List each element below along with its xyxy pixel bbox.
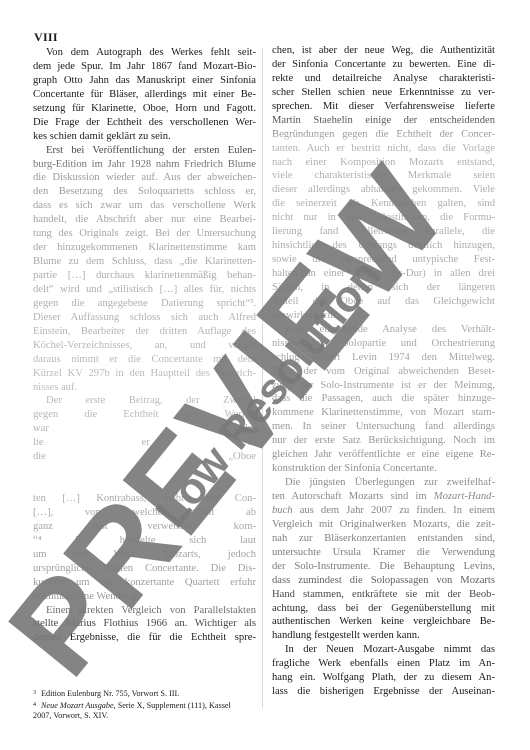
text-line: handelt, die Abschrift aber nur eine Bea… [33, 213, 256, 227]
text-line: nochmals eine Wendung. [33, 590, 256, 604]
text-line: graph Otto Jahn das Manuskript einer Sin… [33, 74, 256, 88]
footnotes: 3Edition Eulenburg Nr. 755, Vorwort S. I… [33, 688, 256, 722]
text-line: Einstein, Bearbeiter der dritten Auflage… [33, 325, 256, 339]
left-column: Von dem Autograph des Werkes fehlt seit-… [33, 46, 256, 645]
column-divider [262, 48, 263, 708]
text-line: nisses auf. [33, 381, 256, 395]
text-line: Die jüngsten Überlegungen zur zweifelhaf… [272, 476, 495, 490]
text-line: kommene Klarinettenstimme, von Mozart st… [272, 406, 495, 420]
text-line: Köchel-Verzeichnisses, an, und versah [33, 339, 256, 353]
footnote-marker: 4 [33, 702, 36, 708]
text-line: buch aus dem Jahr 2007 zu finden. In ein… [272, 504, 495, 518]
text-line: kes schien damit geklärt zu sein. [33, 130, 256, 144]
text-line [33, 464, 256, 478]
text-line: In der Neuen Mozart-Ausgabe nimmt das [272, 643, 495, 657]
text-line: Einen direkten Vergleich von Parallelsta… [33, 604, 256, 618]
text-line: dessen Ergebnisse, die für die Echtheit … [33, 631, 256, 645]
text-line: halten an einer Tonart (Es-Dur) in allen… [272, 267, 495, 281]
text-line: um ein Werk Mozarts, jedoch [33, 548, 256, 562]
text-line: ten […] Kontrabass, mehr eine Con- [33, 492, 256, 506]
text-line: rekte und detailreiche Analyse charakter… [272, 72, 495, 86]
footnote-text: Edition Eulenburg Nr. 755, Vorwort S. II… [41, 689, 179, 698]
text-line [33, 478, 256, 492]
text-line: Erst bei Veröffentlichung der ersten Eul… [33, 144, 256, 158]
text-line: Concertante für Bläser, allerdings mit e… [33, 88, 256, 102]
text-line: gegen die Echtheit des Werkes [33, 408, 256, 422]
text-line: nicht nur in den Solostimmen, die Formu- [272, 211, 495, 225]
text-line: Trotz der vom Original abweichenden Bese… [272, 365, 495, 379]
text-line: auswirkte sich. [272, 309, 495, 323]
text-line: den Besetzung des Soloquartetts schloss … [33, 185, 256, 199]
text-line: tanten. Auch er bestritt nicht, dass die… [272, 142, 495, 156]
text-line: zung der Solo-Instrumente ist er der Mei… [272, 379, 495, 393]
footnote-3: 3Edition Eulenburg Nr. 755, Vorwort S. I… [33, 688, 256, 700]
text-line: war Wilhelm [33, 422, 256, 436]
text-line: Martin Staehelin einige der entscheidend… [272, 114, 495, 128]
text-line: der hinzugekommenen Klarinettenstimme ka… [33, 241, 256, 255]
text-line: dieser allerdings abhanden gekommen. Vie… [272, 183, 495, 197]
text-line: viele charakteristische Merkmale seien [272, 169, 495, 183]
text-line: nur der erste Satz Berücksichtigung. Noc… [272, 434, 495, 448]
text-line: Anteil der Oboe auf das Gleichgewicht [272, 295, 495, 309]
text-line: ten Autorschaft Mozarts sind im Mozart-H… [272, 490, 495, 504]
text-line: dass es sich zwar um das verschollene We… [33, 199, 256, 213]
text-line: lass die bisherigen Ergebnisse der Ausei… [272, 685, 495, 699]
text-line: ganz erst verwendet, kom- [33, 520, 256, 534]
text-line: scher Stellen schien neue Erkenntnisse z… [272, 86, 495, 100]
text-line: Von dem Autograph des Werkes fehlt seit- [33, 46, 256, 60]
text-line: kussion um das konzertante Quartett erfu… [33, 576, 256, 590]
text-line: Dieser Auffassung schloss sich auch Alfr… [33, 311, 256, 325]
text-line: schlug Robert Levin 1974 den Mittelweg. [272, 351, 495, 365]
text-line: men. In seiner Untersuchung fand allerdi… [272, 420, 495, 434]
right-column: chen, ist aber der neue Weg, die Authent… [272, 44, 495, 699]
text-line: Blume zu dem Schluss, dass „die Klarinet… [33, 255, 256, 269]
text-line: hang ein. Wolfgang Plath, der zu diesem … [272, 671, 495, 685]
text-line: hinsichtlich des Umfangs deutlich hinzug… [272, 239, 495, 253]
text-line: Eine eingehende Analyse des Verhält- [272, 323, 495, 337]
text-line: partie […] durchaus klarinettenmäßig beh… [33, 269, 256, 283]
text-line: sprechen. Mit dieser Verfahrensweise lie… [272, 100, 495, 114]
text-line: achtung, dass bei der Gegenüberstellung … [272, 602, 495, 616]
text-line: Der erste Beitrag, der Zweifel [33, 394, 256, 408]
footnote-4: 4Neue Mozart Ausgabe, Serie X, Supplemen… [33, 700, 256, 712]
text-line: chen, ist aber der neue Weg, die Authent… [272, 44, 495, 58]
text-line: nisses von Solopartie und Orchestrierung [272, 337, 495, 351]
text-line: gegen die angegebene Datierung spricht“³… [33, 297, 256, 311]
text-line: dem jede Spur. Im Jahr 1867 fand Mozart-… [33, 60, 256, 74]
text-line: handlung festgestellt werden kann. [272, 629, 495, 643]
text-line: sowie die entsprechend untypische Fest- [272, 253, 495, 267]
text-line: die „Oboe [33, 450, 256, 464]
footnote-text: , Serie X, Supplement (111), Kassel [114, 701, 231, 710]
text-line: Hand stammen, entkräftete sie mit der Be… [272, 588, 495, 602]
text-line: die seinerzeit als Kennzeichen galten, s… [272, 197, 495, 211]
text-line: tung des Originals zeigt. Bei der Unters… [33, 227, 256, 241]
text-line: daraus nimmt er die Concertante mit dem [33, 353, 256, 367]
text-line: Kürzel KV 297b in den Hauptteil des Verz… [33, 367, 256, 381]
text-line: dass die Passagen, auch die später hinzu… [272, 392, 495, 406]
text-line: nach einer Komposition Mozarts entstand, [272, 156, 495, 170]
text-line: Die Frage der Echtheit des verschollenen… [33, 116, 256, 130]
text-line: konstruktion der Sinfonia Concertante. [272, 462, 495, 476]
text-line: burg-Edition im Jahr 1928 nahm Friedrich… [33, 158, 256, 172]
text-line: die Diskussion wieder auf. Aus der abwei… [33, 171, 256, 185]
text-line: authentischen Werken keine vergleichbare… [272, 615, 495, 629]
footnote-4-continuation: 2007, Vorwort, S. XIV. [33, 711, 256, 722]
text-line: fragliche Werk ebenfalls einen Platz im … [272, 657, 495, 671]
text-line: gleichen Jahr veröffentlichte er eine ei… [272, 448, 495, 462]
footnote-italic-title: Neue Mozart Ausgabe [41, 701, 114, 710]
text-line: dass zumindest die Solopassagen von Moza… [272, 574, 495, 588]
text-line: “⁴ Es handelte sich laut [33, 534, 256, 548]
text-line: ursprüngliche Partien Concertante. Die D… [33, 562, 256, 576]
text-line: delt“ wird und „stilistisch […] alles fü… [33, 283, 256, 297]
text-line: lierung fand stellenweise Parallele, die [272, 225, 495, 239]
text-line: Sätzen, in denen sich der längeren [272, 281, 495, 295]
text-line: der Solo-Instrumente. Die Behauptung Lev… [272, 560, 495, 574]
text-line: lte er in [33, 436, 256, 450]
page-number: VIII [34, 30, 58, 45]
text-line: […], von welcher Zeit ab [33, 506, 256, 520]
text-line: setzung für Klarinette, Oboe, Horn und F… [33, 102, 256, 116]
text-line: Begründungen gegen die Echtheit der Conc… [272, 128, 495, 142]
footnote-marker: 3 [33, 690, 36, 696]
text-line: stellte Marius Flothius 1966 an. Wichtig… [33, 617, 256, 631]
text-line: der Sinfonia Concertante zu bewerten. Ei… [272, 58, 495, 72]
text-line: Vergleich mit Originalwerken Mozarts, di… [272, 518, 495, 532]
text-line: nah zur Bläserkonzertanten entstanden si… [272, 532, 495, 546]
text-line: untersuchte Ursula Kramer die Verwendung [272, 546, 495, 560]
